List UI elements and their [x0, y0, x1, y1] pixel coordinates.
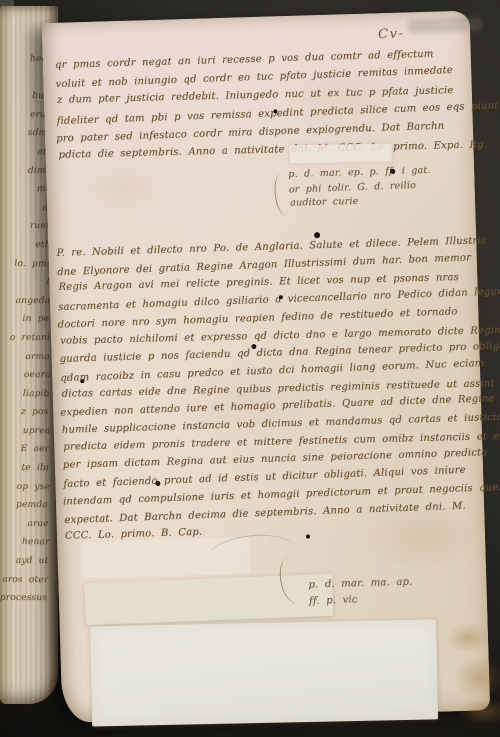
parchment-stain [453, 656, 500, 699]
parchment-stain [456, 698, 500, 726]
upper-text-block: qr pmas cordr negat an iuri recesse p vo… [55, 45, 462, 166]
handwritten-line: auditor curie [290, 193, 450, 211]
handwritten-fragment: henar [0, 533, 50, 552]
handwritten-fragment: angeda [0, 292, 50, 311]
handwritten-fragment: dima [1, 161, 51, 180]
handwritten-fragment: ayd ut [0, 552, 48, 571]
handwritten-fragment: at [2, 198, 52, 217]
handwritten-fragment: op yse [0, 477, 50, 496]
folio-number: Cv- [378, 26, 405, 42]
handwritten-fragment: in pe [0, 310, 49, 329]
handwritten-fragment: arae [0, 515, 49, 534]
ink-dot [390, 169, 395, 174]
handwritten-fragment: E aer [0, 440, 49, 459]
handwritten-fragment: pemda [0, 496, 48, 515]
manuscript-page: Cv- qr pmas cordr negat an iuri recesse … [42, 11, 491, 723]
main-text-block: P. re. Nobili et dilecto nro Po. de Angl… [56, 233, 475, 546]
handwritten-fragment: z pos [0, 403, 48, 422]
handwritten-fragment: uprea [0, 422, 50, 441]
handwritten-fragment: te ibi [0, 459, 49, 478]
handwritten-fragment: ruet [0, 217, 50, 236]
chancery-note: p. d. mar. ep. p. ff. i gat.or phi tolir… [288, 163, 449, 211]
ink-smudge [408, 17, 482, 33]
handwritten-fragment: processus [0, 589, 47, 608]
handwritten-fragment: me [1, 180, 51, 199]
repair-patch-large [90, 619, 438, 726]
handwritten-fragment: o retani [0, 329, 50, 348]
handwritten-fragment: oearo [1, 366, 51, 385]
parchment-stain [446, 622, 491, 653]
handwritten-fragment: arma [0, 347, 50, 366]
handwritten-fragment: aros oter [0, 570, 48, 589]
handwritten-fragment: sdm. [0, 124, 50, 143]
handwritten-fragment: eth [1, 236, 51, 255]
closing-note: p. d. mar. ma. ap.ff. p. vic [308, 573, 459, 609]
handwritten-fragment: t [0, 273, 50, 292]
handwritten-fragment: lo. pms [1, 254, 51, 273]
repair-tape-patch [290, 143, 392, 163]
ink-dot [306, 534, 310, 538]
handwritten-fragment: liapib [0, 384, 50, 403]
manuscript-photo: heazobuieeruesdm.atedimameatruetethlo. p… [0, 0, 500, 737]
